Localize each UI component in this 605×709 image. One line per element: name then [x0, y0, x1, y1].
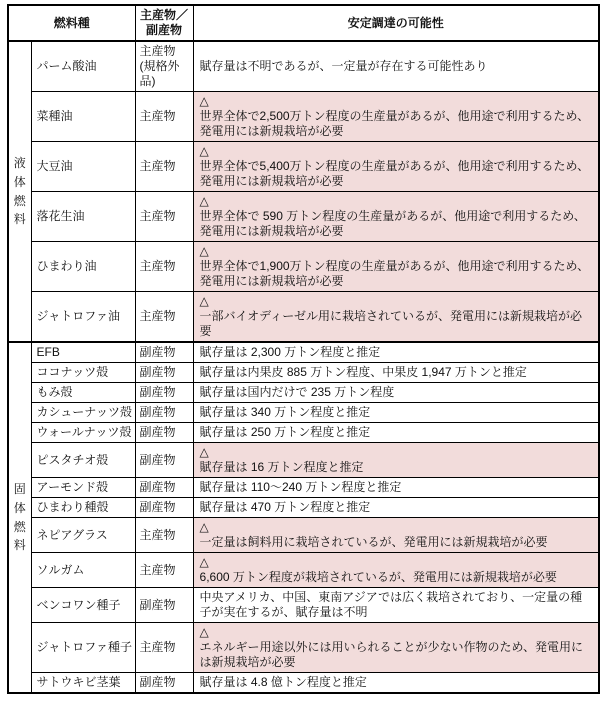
stability-note-cell: △賦存量は 16 万トン程度と推定 — [193, 443, 599, 478]
fuel-name-cell: 落花生油 — [31, 192, 135, 242]
stability-note-text: 世界全体で5,400万トン程度の生産量があるが、他用途で利用するため、発電用には… — [200, 159, 590, 188]
product-type-cell: 主産物 — [135, 142, 193, 192]
product-type-cell: 副産物 — [135, 423, 193, 443]
stability-note-text: 賦存量は 16 万トン程度と推定 — [200, 460, 364, 474]
fuel-name-cell: アーモンド殻 — [31, 478, 135, 498]
fuel-name-cell: カシューナッツ殻 — [31, 403, 135, 423]
product-type-cell: 副産物 — [135, 383, 193, 403]
stability-note-cell: 賦存量は 110～240 万トン程度と推定 — [193, 478, 599, 498]
product-type-cell: 主産物 — [135, 192, 193, 242]
stability-note-cell: 賦存量は 340 万トン程度と推定 — [193, 403, 599, 423]
triangle-marker: △ — [200, 555, 593, 570]
table-row: 液体燃料パーム酸油主産物(規格外品)賦存量は不明であるが、一定量が存在する可能性… — [8, 41, 599, 92]
stability-note-text: 一部バイオディーゼル用に栽培されているが、発電用には新規栽培が必要 — [200, 309, 582, 338]
header-row: 燃料種 主産物／副産物 安定調達の可能性 — [8, 5, 599, 41]
stability-note-cell: △世界全体で1,900万トン程度の生産量があるが、他用途で利用するため、発電用に… — [193, 242, 599, 292]
fuel-table-body: 液体燃料パーム酸油主産物(規格外品)賦存量は不明であるが、一定量が存在する可能性… — [8, 41, 599, 693]
fuel-name-cell: EFB — [31, 342, 135, 363]
stability-note-cell: 賦存量は内果皮 885 万トン程度、中果皮 1,947 万トンと推定 — [193, 363, 599, 383]
stability-note-text: 賦存量は 470 万トン程度と推定 — [200, 500, 371, 514]
product-type-cell: 副産物 — [135, 403, 193, 423]
stability-note-text: 6,600 万トン程度が栽培されているが、発電用には新規栽培が必要 — [200, 570, 557, 584]
product-type-cell: 副産物 — [135, 588, 193, 623]
fuel-name-cell: 菜種油 — [31, 92, 135, 142]
fuel-table-header: 燃料種 主産物／副産物 安定調達の可能性 — [8, 5, 599, 41]
product-type-cell: 副産物 — [135, 342, 193, 363]
table-row: カシューナッツ殻副産物賦存量は 340 万トン程度と推定 — [8, 403, 599, 423]
stability-note-text: エネルギー用途以外には用いられることが少ない作物のため、発電用には新規栽培が必要 — [200, 640, 584, 669]
triangle-marker: △ — [200, 294, 593, 309]
triangle-marker: △ — [200, 625, 593, 640]
fuel-name-cell: サトウキビ茎葉 — [31, 673, 135, 694]
stability-note-cell: 賦存量は 250 万トン程度と推定 — [193, 423, 599, 443]
stability-note-text: 世界全体で2,500万トン程度の生産量があるが、他用途で利用するため、発電用には… — [200, 109, 590, 138]
stability-note-text: 世界全体で1,900万トン程度の生産量があるが、他用途で利用するため、発電用には… — [200, 259, 590, 288]
product-type-cell: 副産物 — [135, 363, 193, 383]
fuel-name-cell: ベンコワン種子 — [31, 588, 135, 623]
fuel-name-cell: ココナッツ殻 — [31, 363, 135, 383]
table-row: 大豆油主産物△世界全体で5,400万トン程度の生産量があるが、他用途で利用するた… — [8, 142, 599, 192]
product-type-cell: 副産物 — [135, 478, 193, 498]
stability-note-cell: 賦存量は国内だけで 235 万トン程度 — [193, 383, 599, 403]
stability-note-text: 賦存量は 340 万トン程度と推定 — [200, 405, 371, 419]
stability-note-text: 世界全体で 590 万トン程度の生産量があるが、他用途で利用するため、発電用には… — [200, 209, 586, 238]
product-type-cell: 主産物 — [135, 292, 193, 343]
product-type-cell: 副産物 — [135, 443, 193, 478]
product-type-cell: 主産物 — [135, 242, 193, 292]
stability-note-cell: △一定量は飼料用に栽培されているが、発電用には新規栽培が必要 — [193, 518, 599, 553]
table-row: ウォールナッツ殻副産物賦存量は 250 万トン程度と推定 — [8, 423, 599, 443]
fuel-name-cell: ひまわり種殻 — [31, 498, 135, 518]
table-row: ココナッツ殻副産物賦存量は内果皮 885 万トン程度、中果皮 1,947 万トン… — [8, 363, 599, 383]
stability-note-cell: 賦存量は 470 万トン程度と推定 — [193, 498, 599, 518]
table-row: サトウキビ茎葉副産物賦存量は 4.8 億トン程度と推定 — [8, 673, 599, 694]
table-row: 固体燃料EFB副産物賦存量は 2,300 万トン程度と推定 — [8, 342, 599, 363]
product-type-cell: 主産物 — [135, 553, 193, 588]
fuel-name-cell: ひまわり油 — [31, 242, 135, 292]
stability-note-cell: △世界全体で5,400万トン程度の生産量があるが、他用途で利用するため、発電用に… — [193, 142, 599, 192]
fuel-name-cell: もみ殻 — [31, 383, 135, 403]
table-row: ピスタチオ殻副産物△賦存量は 16 万トン程度と推定 — [8, 443, 599, 478]
product-type-cell: 副産物 — [135, 498, 193, 518]
stability-note-text: 賦存量は 4.8 億トン程度と推定 — [200, 675, 367, 689]
product-type-cell: 主産物 — [135, 92, 193, 142]
section-label: 固体燃料 — [8, 342, 31, 693]
stability-note-text: 賦存量は 110～240 万トン程度と推定 — [200, 480, 402, 494]
stability-note-cell: △世界全体で 590 万トン程度の生産量があるが、他用途で利用するため、発電用に… — [193, 192, 599, 242]
fuel-name-cell: ソルガム — [31, 553, 135, 588]
header-fuel-type: 燃料種 — [8, 5, 135, 41]
triangle-marker: △ — [200, 94, 593, 109]
fuel-name-cell: ピスタチオ殻 — [31, 443, 135, 478]
fuel-name-cell: 大豆油 — [31, 142, 135, 192]
stability-note-text: 賦存量は不明であるが、一定量が存在する可能性あり — [200, 59, 488, 73]
product-type-cell: 主産物(規格外品) — [135, 41, 193, 92]
table-row: アーモンド殻副産物賦存量は 110～240 万トン程度と推定 — [8, 478, 599, 498]
triangle-marker: △ — [200, 244, 593, 259]
product-type-cell: 主産物 — [135, 623, 193, 673]
table-row: ジャトロファ種子主産物△エネルギー用途以外には用いられることが少ない作物のため、… — [8, 623, 599, 673]
header-product-type: 主産物／副産物 — [135, 5, 193, 41]
product-type-cell: 副産物 — [135, 673, 193, 694]
table-row: ソルガム主産物△6,600 万トン程度が栽培されているが、発電用には新規栽培が必… — [8, 553, 599, 588]
table-row: 菜種油主産物△世界全体で2,500万トン程度の生産量があるが、他用途で利用するた… — [8, 92, 599, 142]
stability-note-cell: 賦存量は 4.8 億トン程度と推定 — [193, 673, 599, 694]
fuel-name-cell: ジャトロファ種子 — [31, 623, 135, 673]
fuel-name-cell: パーム酸油 — [31, 41, 135, 92]
stability-note-text: 賦存量は 2,300 万トン程度と推定 — [200, 345, 381, 359]
stability-note-cell: △6,600 万トン程度が栽培されているが、発電用には新規栽培が必要 — [193, 553, 599, 588]
stability-note-cell: 中央アメリカ、中国、東南アジアでは広く栽培されており、一定量の種子が実在するが、… — [193, 588, 599, 623]
table-row: ジャトロファ油主産物△一部バイオディーゼル用に栽培されているが、発電用には新規栽… — [8, 292, 599, 343]
section-label: 液体燃料 — [8, 41, 31, 342]
table-row: ひまわり種殻副産物賦存量は 470 万トン程度と推定 — [8, 498, 599, 518]
stability-note-cell: 賦存量は不明であるが、一定量が存在する可能性あり — [193, 41, 599, 92]
table-row: ベンコワン種子副産物中央アメリカ、中国、東南アジアでは広く栽培されており、一定量… — [8, 588, 599, 623]
stability-note-text: 賦存量は国内だけで 235 万トン程度 — [200, 385, 395, 399]
table-row: ひまわり油主産物△世界全体で1,900万トン程度の生産量があるが、他用途で利用す… — [8, 242, 599, 292]
table-row: 落花生油主産物△世界全体で 590 万トン程度の生産量があるが、他用途で利用する… — [8, 192, 599, 242]
table-row: もみ殻副産物賦存量は国内だけで 235 万トン程度 — [8, 383, 599, 403]
header-stability: 安定調達の可能性 — [193, 5, 599, 41]
triangle-marker: △ — [200, 445, 593, 460]
product-type-cell: 主産物 — [135, 518, 193, 553]
document-page: 燃料種 主産物／副産物 安定調達の可能性 液体燃料パーム酸油主産物(規格外品)賦… — [0, 0, 605, 709]
triangle-marker: △ — [200, 520, 593, 535]
stability-note-text: 一定量は飼料用に栽培されているが、発電用には新規栽培が必要 — [200, 535, 548, 549]
triangle-marker: △ — [200, 144, 593, 159]
stability-note-text: 賦存量は内果皮 885 万トン程度、中果皮 1,947 万トンと推定 — [200, 365, 527, 379]
fuel-name-cell: ネピアグラス — [31, 518, 135, 553]
stability-note-cell: △一部バイオディーゼル用に栽培されているが、発電用には新規栽培が必要 — [193, 292, 599, 343]
stability-note-text: 賦存量は 250 万トン程度と推定 — [200, 425, 371, 439]
stability-note-text: 中央アメリカ、中国、東南アジアでは広く栽培されており、一定量の種子が実在するが、… — [200, 590, 583, 619]
fuel-table: 燃料種 主産物／副産物 安定調達の可能性 液体燃料パーム酸油主産物(規格外品)賦… — [7, 4, 600, 694]
stability-note-cell: 賦存量は 2,300 万トン程度と推定 — [193, 342, 599, 363]
fuel-name-cell: ウォールナッツ殻 — [31, 423, 135, 443]
stability-note-cell: △エネルギー用途以外には用いられることが少ない作物のため、発電用には新規栽培が必… — [193, 623, 599, 673]
triangle-marker: △ — [200, 194, 593, 209]
table-row: ネピアグラス主産物△一定量は飼料用に栽培されているが、発電用には新規栽培が必要 — [8, 518, 599, 553]
fuel-name-cell: ジャトロファ油 — [31, 292, 135, 343]
stability-note-cell: △世界全体で2,500万トン程度の生産量があるが、他用途で利用するため、発電用に… — [193, 92, 599, 142]
